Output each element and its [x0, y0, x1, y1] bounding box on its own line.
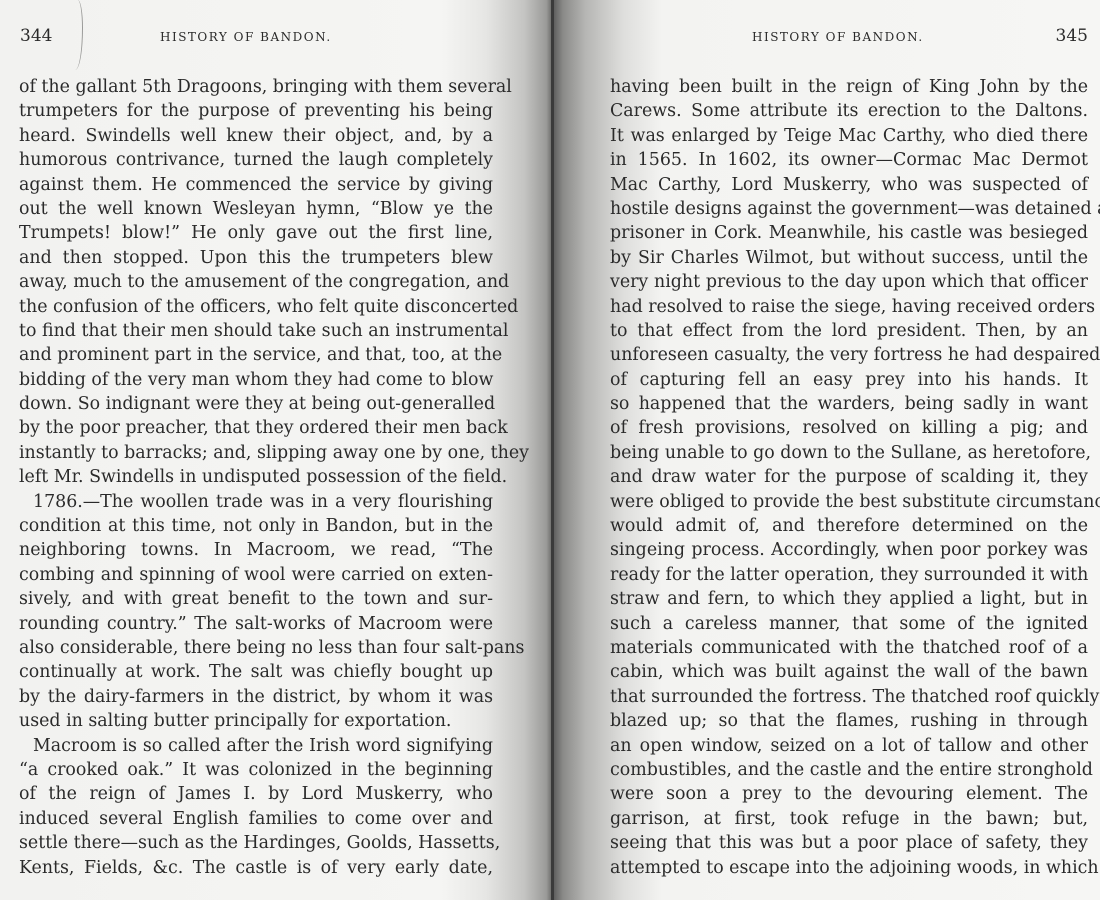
book-spine-gutter: [551, 0, 554, 900]
text-line: very night previous to the day upon whic…: [610, 270, 1088, 294]
right-page: HISTORY OF BANDON. 345 having been built…: [552, 0, 1100, 900]
text-line: Trumpets! blow!” He only gave out the fi…: [19, 221, 493, 245]
text-line: prisoner in Cork. Meanwhile, his castle …: [610, 221, 1088, 245]
text-line: continually at work. The salt was chiefl…: [19, 660, 493, 684]
text-line: of fresh provisions, resolved on killing…: [610, 416, 1088, 440]
text-line: being unable to go down to the Sullane, …: [610, 441, 1088, 465]
text-line: by Sir Charles Wilmot, but without succe…: [610, 246, 1088, 270]
text-line: in 1565. In 1602, its owner—Cormac Mac D…: [610, 148, 1088, 172]
text-line: singeing process. Accordingly, when poor…: [610, 538, 1088, 562]
text-line: straw and fern, to which they applied a …: [610, 587, 1088, 611]
text-line: sively, and with great benefit to the to…: [19, 587, 493, 611]
text-line: settle there—such as the Hardinges, Gool…: [19, 831, 493, 855]
text-line: and draw water for the purpose of scaldi…: [610, 465, 1088, 489]
text-line: used in salting butter principally for e…: [19, 709, 493, 733]
page-tear-mark: [70, 0, 83, 70]
book-spread: 344 HISTORY OF BANDON. of the gallant 5t…: [0, 0, 1100, 900]
text-line: such a careless manner, that some of the…: [610, 612, 1088, 636]
text-line: seeing that this was but a poor place of…: [610, 831, 1088, 855]
text-line: the confusion of the officers, who felt …: [19, 295, 493, 319]
text-line: out the well known Wesleyan hymn, “Blow …: [19, 197, 493, 221]
text-line: were soon a prey to the devouring elemen…: [610, 782, 1088, 806]
text-line: It was enlarged by Teige Mac Carthy, who…: [610, 124, 1088, 148]
text-line: ready for the latter operation, they sur…: [610, 563, 1088, 587]
text-line: heard. Swindells well knew their object,…: [19, 124, 493, 148]
text-line: by the dairy-farmers in the district, by…: [19, 685, 493, 709]
text-line: “a crooked oak.” It was colonized in the…: [19, 758, 493, 782]
text-line: neighboring towns. In Macroom, we read, …: [19, 538, 493, 562]
text-line: rounding country.” The salt-works of Mac…: [19, 612, 493, 636]
page-number-left: 344: [20, 26, 52, 46]
text-line: that surrounded the fortress. The thatch…: [610, 685, 1088, 709]
text-line: away, much to the amusement of the congr…: [19, 270, 493, 294]
text-line: an open window, seized on a lot of tallo…: [610, 734, 1088, 758]
text-line: attempted to escape into the adjoining w…: [610, 856, 1088, 880]
text-line: combustibles, and the castle and the ent…: [610, 758, 1088, 782]
text-line: blazed up; so that the flames, rushing i…: [610, 709, 1088, 733]
text-line: would admit of, and therefore determined…: [610, 514, 1088, 538]
text-line: garrison, at first, took refuge in the b…: [610, 807, 1088, 831]
text-line: Kents, Fields, &c. The castle is of very…: [19, 856, 493, 880]
text-line: trumpeters for the purpose of preventing…: [19, 99, 493, 123]
text-line: to find that their men should take such …: [19, 319, 493, 343]
text-line: Macroom is so called after the Irish wor…: [19, 734, 493, 758]
right-page-body: having been built in the reign of King J…: [610, 75, 1088, 880]
text-line: instantly to barracks; and, slipping awa…: [19, 441, 493, 465]
text-line: condition at this time, not only in Band…: [19, 514, 493, 538]
text-line: 1786.—The woollen trade was in a very fl…: [19, 490, 493, 514]
text-line: induced several English families to come…: [19, 807, 493, 831]
text-line: against them. He commenced the service b…: [19, 173, 493, 197]
text-line: down. So indignant were they at being ou…: [19, 392, 493, 416]
text-line: and then stopped. Upon this the trumpete…: [19, 246, 493, 270]
text-line: of capturing fell an easy prey into his …: [610, 368, 1088, 392]
text-line: of the gallant 5th Dragoons, bringing wi…: [19, 75, 493, 99]
text-line: also considerable, there being no less t…: [19, 636, 493, 660]
left-page-body: of the gallant 5th Dragoons, bringing wi…: [19, 75, 493, 880]
running-head-left: HISTORY OF BANDON.: [160, 30, 332, 44]
text-line: had resolved to raise the siege, having …: [610, 295, 1088, 319]
text-line: materials communicated with the thatched…: [610, 636, 1088, 660]
text-line: bidding of the very man whom they had co…: [19, 368, 493, 392]
text-line: of the reign of James I. by Lord Muskerr…: [19, 782, 493, 806]
text-line: Carews. Some attribute its erection to t…: [610, 99, 1088, 123]
text-line: humorous contrivance, turned the laugh c…: [19, 148, 493, 172]
page-number-right: 345: [1056, 26, 1088, 46]
text-line: by the poor preacher, that they ordered …: [19, 416, 493, 440]
text-line: cabin, which was built against the wall …: [610, 660, 1088, 684]
text-line: hostile designs against the government—w…: [610, 197, 1088, 221]
running-head-right: HISTORY OF BANDON.: [752, 30, 924, 44]
text-line: Mac Carthy, Lord Muskerry, who was suspe…: [610, 173, 1088, 197]
text-line: to that effect from the lord president. …: [610, 319, 1088, 343]
text-line: and prominent part in the service, and t…: [19, 343, 493, 367]
text-line: were obliged to provide the best substit…: [610, 490, 1088, 514]
text-line: so happened that the warders, being sadl…: [610, 392, 1088, 416]
text-line: combing and spinning of wool were carrie…: [19, 563, 493, 587]
text-line: left Mr. Swindells in undisputed possess…: [19, 465, 493, 489]
text-line: unforeseen casualty, the very fortress h…: [610, 343, 1088, 367]
left-page: 344 HISTORY OF BANDON. of the gallant 5t…: [0, 0, 552, 900]
text-line: having been built in the reign of King J…: [610, 75, 1088, 99]
